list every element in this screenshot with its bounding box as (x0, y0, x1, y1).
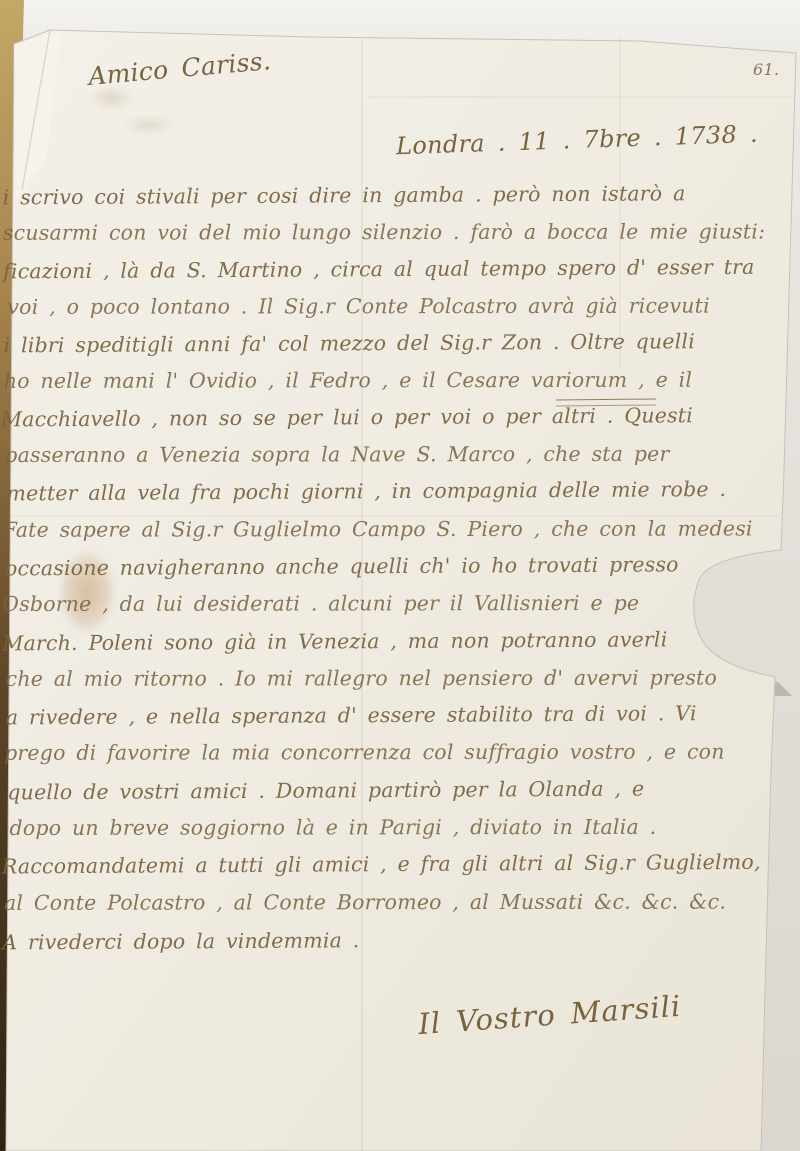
letter-line: che al mio ritorno . Io mi rallegro nel … (6, 666, 717, 691)
letter-line: quello de vostri amici . Domani partirò … (7, 777, 644, 805)
letter-line: a rivedere , e nella speranza d' essere … (6, 701, 697, 729)
letter-line: ficazioni , là da S. Martino , circa al … (3, 255, 755, 284)
letter-line: Fate sapere al Sig.r Guglielmo Campo S. … (3, 516, 753, 541)
manuscript-photo: Amico Cariss. 61. Londra . 11 . 7bre . 1… (0, 0, 800, 1151)
letter-line: i scrivo coi stivali per cosi dire in ga… (3, 181, 686, 209)
letter-line: March. Poleni sono già in Venezia , ma n… (2, 627, 667, 655)
letter-line: metter alla vela fra pochi giorni , in c… (6, 477, 726, 505)
letter-line: prego di favorire la mia concorrenza col… (4, 740, 725, 765)
letter-line: Macchiavello , non so se per lui o per v… (1, 403, 693, 431)
letter-line: passeranno a Venezia sopra la Nave S. Ma… (4, 442, 669, 467)
letter-line: dopo un breve soggiorno là e in Parigi ,… (10, 815, 657, 840)
letter-line: ho nelle mani l' Ovidio , il Fedro , e i… (4, 368, 692, 393)
letter-line: A rivederci dopo la vindemmia . (2, 928, 359, 954)
letter-body: i scrivo coi stivali per cosi dire in ga… (0, 0, 800, 1151)
letter-line: scusarmi con voi del mio lungo silenzio … (3, 219, 765, 244)
letter-line: Raccomandatemi a tutti gli amici , e fra… (2, 850, 761, 879)
letter-line: al Conte Polcastro , al Conte Borromeo ,… (4, 890, 726, 915)
letter-line: voi , o poco lontano . Il Sig.r Conte Po… (7, 294, 710, 319)
letter-line: i libri speditigli anni fa' col mezzo de… (4, 329, 696, 357)
letter-line: Osborne , da lui desiderati . alcuni per… (2, 591, 639, 616)
letter-line: occasione navigheranno anche quelli ch' … (5, 552, 679, 580)
